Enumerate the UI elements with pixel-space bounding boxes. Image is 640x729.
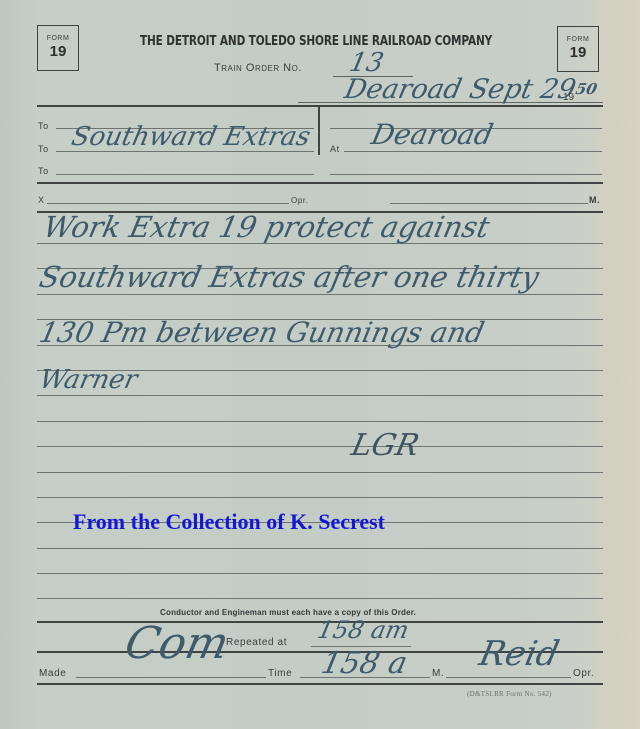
repeated-at-value: 158 am [315, 616, 411, 644]
repeated-at-label: Repeated at [226, 637, 287, 648]
to-label-3: To [38, 166, 49, 176]
ruled-line [37, 548, 603, 549]
collection-watermark: From the Collection of K. Secrest [73, 509, 385, 535]
year-prefix: 19 [563, 92, 574, 103]
made-line [76, 677, 266, 678]
ruled-line [37, 395, 603, 396]
form-badge-left: FORM 19 [37, 25, 79, 71]
year-suffix: 50 [574, 80, 599, 98]
address-top-rule [37, 105, 603, 107]
form-badge-label: FORM [38, 35, 78, 42]
ruled-line [37, 598, 603, 599]
m-line [390, 203, 588, 204]
time-label: Time [268, 668, 292, 679]
to-value-2: Southward Extras [69, 122, 313, 152]
m-label: M. [589, 195, 600, 205]
x-line [47, 203, 289, 204]
made-value: Com [121, 618, 234, 669]
to-line-3 [56, 174, 314, 175]
form-badge-right: FORM 19 [557, 26, 599, 72]
at-label: At [330, 144, 340, 154]
x-label: X [38, 195, 45, 205]
form-code: (D&TSLRR Form No. 542) [467, 690, 552, 698]
ruled-line [37, 294, 603, 295]
opr-label: Opr. [291, 196, 309, 205]
train-order-label: Train Order No. [214, 62, 302, 74]
time-value: 158 a [318, 646, 410, 681]
footer-opr-label: Opr. [573, 668, 594, 679]
order-line-1: Work Extra 19 protect against [40, 210, 492, 244]
ruled-line [37, 573, 603, 574]
place-date: Dearoad Sept 29 [342, 74, 579, 105]
at-bottom-line [330, 174, 602, 175]
address-bottom-rule [37, 182, 603, 184]
made-label: Made [39, 668, 66, 679]
order-line-4: Warner [37, 365, 140, 395]
to-label-1: To [38, 121, 49, 131]
ruled-line [37, 446, 603, 447]
ruled-line [37, 472, 603, 473]
ruled-line [37, 421, 603, 422]
to-label-2: To [38, 144, 49, 154]
address-divider [318, 106, 320, 155]
order-line-2: Southward Extras after one thirty [36, 260, 542, 294]
form-badge-number: 19 [558, 44, 598, 61]
at-line [344, 151, 602, 152]
form-badge-label: FORM [558, 36, 598, 43]
time-m-label: M. [432, 668, 444, 679]
operator-value: Reid [476, 634, 563, 674]
form-badge-number: 19 [38, 43, 78, 60]
dispatcher-signature: LGR [348, 428, 422, 463]
company-title: THE DETROIT AND TOLEDO SHORE LINE RAILRO… [140, 33, 492, 49]
at-value: Dearoad [368, 118, 496, 151]
ruled-line [37, 497, 603, 498]
opr-line [446, 677, 571, 678]
footer-bottom-rule [37, 683, 603, 685]
order-line-3: 130 Pm between Gunnings and [36, 316, 487, 349]
